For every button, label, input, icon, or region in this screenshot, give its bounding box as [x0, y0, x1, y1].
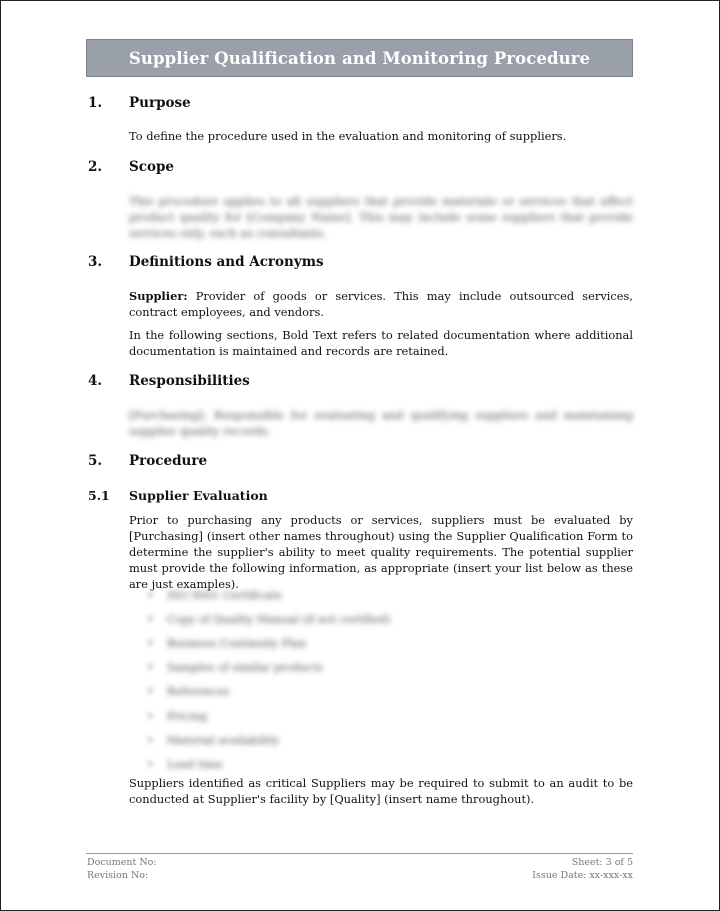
critical-suppliers-text: Suppliers identified as critical Supplie… [129, 775, 633, 807]
document-page: Supplier Qualification and Monitoring Pr… [0, 0, 720, 911]
evaluation-bullet-list-blurred: •ISO 9001 Certificate •Copy of Quality M… [147, 583, 447, 777]
section-heading-scope: 2.Scope [88, 159, 174, 175]
footer-document-no: Document No: [87, 857, 157, 868]
definition-term: Supplier: [129, 289, 188, 303]
footer-issue-date: Issue Date: xx-xxx-xx [532, 870, 633, 881]
list-item: •References [147, 680, 447, 704]
list-item: •ISO 9001 Certificate [147, 583, 447, 607]
definitions-note: In the following sections, Bold Text ref… [129, 327, 633, 359]
supplier-evaluation-text: Prior to purchasing any products or serv… [129, 512, 633, 592]
bullet-icon: • [147, 734, 167, 747]
footer-revision-no: Revision No: [87, 870, 148, 881]
list-item: •Pricing [147, 704, 447, 728]
document-title: Supplier Qualification and Monitoring Pr… [129, 49, 590, 68]
bullet-icon: • [147, 758, 167, 771]
footer-sheet: Sheet: 3 of 5 [572, 857, 633, 868]
definition-supplier: Supplier: Provider of goods or services.… [129, 288, 633, 320]
section-heading-procedure: 5.Procedure [88, 453, 207, 469]
bullet-icon: • [147, 661, 167, 674]
list-item: •Material availability [147, 728, 447, 752]
list-item: •Business Continuity Plan [147, 631, 447, 655]
bullet-icon: • [147, 710, 167, 723]
list-item: •Copy of Quality Manual (if not certifie… [147, 607, 447, 631]
responsibilities-text-blurred: [Purchasing]: Responsible for evaluating… [129, 407, 633, 439]
bullet-icon: • [147, 589, 167, 602]
purpose-text: To define the procedure used in the eval… [129, 128, 633, 144]
subsection-heading-supplier-evaluation: 5.1Supplier Evaluation [88, 488, 268, 503]
list-item: •Lead time [147, 752, 447, 776]
list-item: •Samples of similar products [147, 656, 447, 680]
bullet-icon: • [147, 685, 167, 698]
section-heading-purpose: 1.Purpose [88, 95, 191, 111]
footer-divider [86, 853, 633, 854]
section-heading-responsibilities: 4.Responsibilities [88, 373, 250, 389]
bullet-icon: • [147, 613, 167, 626]
scope-text-blurred: This procedure applies to all suppliers … [129, 193, 633, 241]
bullet-icon: • [147, 637, 167, 650]
document-title-bar: Supplier Qualification and Monitoring Pr… [86, 39, 633, 77]
section-heading-definitions: 3.Definitions and Acronyms [88, 254, 324, 270]
